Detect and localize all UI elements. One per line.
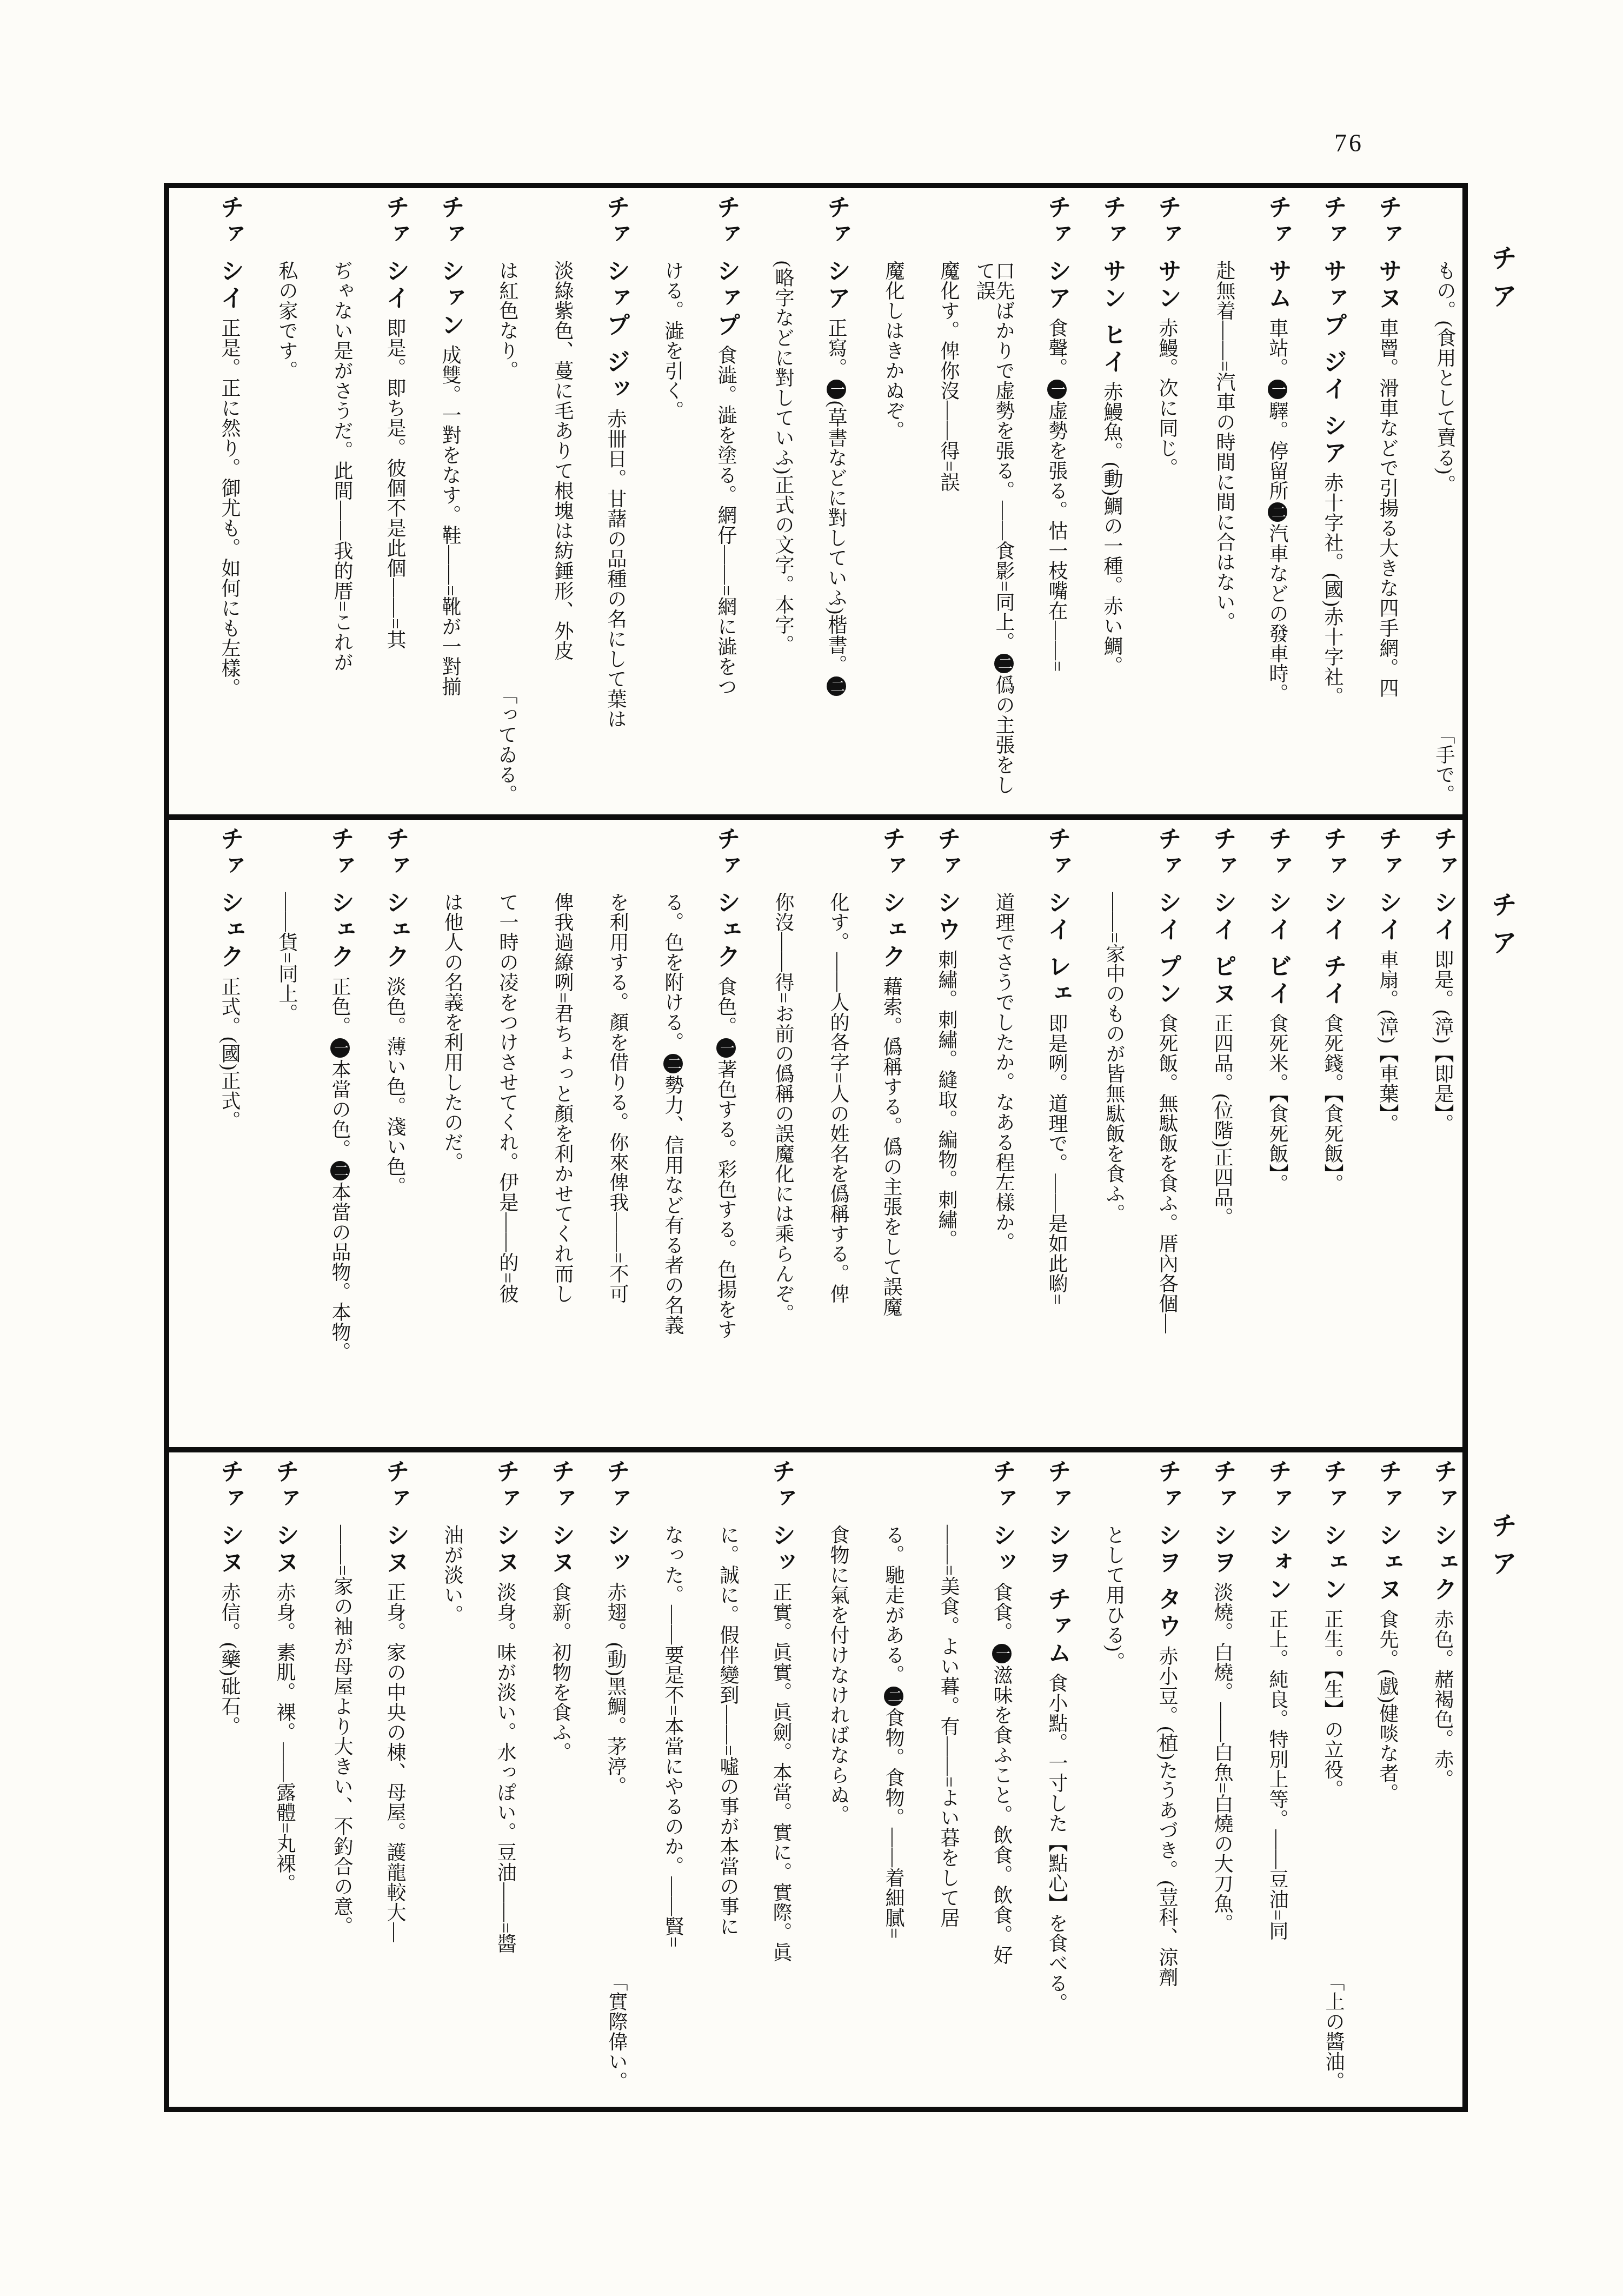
circled-two-marker: 二 (663, 1054, 683, 1073)
entry-definition: 車站。一驛。停留所二汽車などの發車時。 (1267, 318, 1288, 704)
entry-column: チァ サン赤鰻。次に同じ。 (1124, 195, 1179, 808)
entry-column: 油が淡い。 (407, 1459, 462, 2095)
entry-definition: 正式。(國)正式。 (219, 977, 241, 1131)
entry-definition: 化す。――人的各字=人の姓名を僞稱する。俾 (828, 892, 849, 1304)
entry-column: チァ シヲ淡燒。白燒。――白魚=白燒の大刀魚。 (1179, 1459, 1234, 2095)
entry-headword: チァ サァプ ジイ シア (1320, 195, 1346, 468)
entry-column: 口先ばかりで虚勢を張る。――食影=同上。二僞の主張をして誤 (959, 195, 1014, 808)
entry-definition: 正是。正に然り。御尤も。如何にも左樣。 (219, 318, 241, 698)
entry-column: は紅色なり。「ってゐる。 (462, 195, 517, 808)
entry-definition: る。馳走がある。二食物。食物。――着細膩= (883, 1525, 904, 1939)
circled-two-marker: 二 (994, 654, 1014, 673)
entry-definition: として用ひる)。 (1103, 1525, 1125, 1672)
entry-definition: 食死錢。【食死飯】。 (1322, 1013, 1343, 1194)
entry-headword: チァ シォン (1265, 1459, 1291, 1604)
circled-one-marker: 一 (1268, 380, 1287, 399)
circled-two-marker: 二 (1268, 502, 1287, 522)
entry-definition: 正實。眞實。眞劍。本當。實に。實際。眞 (770, 1582, 792, 1962)
entry-column: る。色を附ける。二勢力、信用など有る者の名義 (628, 826, 683, 1441)
entry-definition: 赴無着――=汽車の時間に間に合はない。 (1214, 261, 1235, 632)
entry-column: チァ シァン成雙。一對をなす。鞋――=靴が一對揃 (407, 195, 462, 808)
entry-column: て一時の凌をつけさせてくれ。伊是――的=彼 (462, 826, 517, 1441)
entry-column: チァ シヌ淡身。味が淡い。水っぽい。豆油――=醬 (462, 1459, 517, 2095)
entry-definition: 車罾。滑車などで引揚る大きな四手網。四 (1377, 318, 1399, 698)
entry-definition: 赤小豆。(植)たうあづき。(荳科、涼劑 (1156, 1646, 1178, 1987)
entry-column: なった。――要是不=本當にやるのか。――賢= (628, 1459, 683, 2095)
entry-definition: は紅色なり。 (497, 261, 518, 381)
page-number: 76 (1334, 129, 1363, 157)
entry-column: チァ シェク淡色。薄い色。淺い色。 (352, 826, 407, 1441)
entry-headword: チァ シイ (1375, 826, 1401, 944)
entry-column: は他人の名義を利用したのだ。 (407, 826, 462, 1441)
entry-tail-fragment: 「上の醬油。 (1324, 1972, 1343, 2092)
entry-headword: チァ シイ レェ (1044, 826, 1070, 1008)
entry-headword: チァ シヲ タウ (1154, 1459, 1181, 1641)
entry-column: チァ シヲ タウ赤小豆。(植)たうあづき。(荳科、涼劑 (1124, 1459, 1179, 2095)
entry-headword: チァ シイ ビイ (1265, 826, 1291, 1008)
entry-column: チァ シォン正上。純良。特別上等。――豆油=同 (1234, 1459, 1289, 2095)
entry-headword: チァ シイ (217, 195, 243, 313)
entry-definition: 口先ばかりで虚勢を張る。――食影=同上。二僞の主張をして誤 (974, 261, 1015, 795)
entry-column: チァ シイ レェ即是咧。道理で。――是如此喲= (1014, 826, 1069, 1441)
entry-definition: 成雙。一對をなす。鞋――=靴が一對揃 (440, 345, 461, 696)
margin-header-kana: チア (1482, 244, 1520, 320)
entry-definition: 赤身。素肌。裸。――露體=丸裸。 (274, 1582, 296, 1894)
entry-column: 化す。――人的各字=人の姓名を僞稱する。俾 (793, 826, 848, 1441)
entry-column: チァ シェク正色。一本當の色。二本當の品物。本物。 (297, 826, 352, 1441)
entry-column: チァ サム車站。一驛。停留所二汽車などの發車時。 (1234, 195, 1289, 808)
entry-definition: 藉索。僞稱する。僞の主張をして誤魔 (881, 977, 902, 1317)
entry-headword: チァ サヌ (1375, 195, 1401, 313)
entry-column: チァ シイ正是。正に然り。御尤も。如何にも左樣。 (187, 195, 242, 808)
entry-definition: 車扇。(漳)【車葉】。 (1377, 950, 1399, 1134)
circled-two-marker: 二 (827, 676, 846, 696)
circled-one-marker: 一 (827, 380, 846, 399)
entry-definition: ――=美食。よい暮。有――=よい暮をして居 (938, 1525, 960, 1928)
entry-definition: ――貨=同上。 (276, 892, 298, 1024)
content-frame: もの。(食用として賣る)。「手で。チァ サヌ車罾。滑車などで引揚る大きな四手網。… (164, 183, 1468, 2112)
entry-definition: 魔化す。俾你沒――得=誤 (938, 261, 960, 492)
entry-column: ――=家の袖が母屋より大きい、不釣合の意。 (297, 1459, 352, 2095)
entry-definition: 道理でさうでしたか。なある程左樣か。 (993, 892, 1015, 1252)
entry-definition: 即是。即ち是。彼個不是此個――=其 (384, 318, 406, 649)
entry-definition: 淡燒。白燒。――白魚=白燒の大刀魚。 (1212, 1582, 1233, 1934)
entry-column: チァ シイ プン食死飯。無駄飯を食ふ。厝內各個― (1124, 826, 1179, 1441)
entry-definition: 淡綠紫色、蔓に毛ありて根塊は紡錘形、外皮 (552, 261, 574, 661)
entry-column: チァ シェク藉索。僞稱する。僞の主張をして誤魔 (848, 826, 903, 1441)
entry-headword: チァ シイ チイ (1320, 826, 1346, 1008)
entry-column: ぢゃない是がさうだ。此間――我的厝=これが (297, 195, 352, 808)
entry-headword: チァ シェク (879, 826, 905, 971)
entry-column: チァ シヌ赤信。(藥)砒石。 (187, 1459, 242, 2095)
circled-two-marker: 二 (884, 1687, 903, 1706)
entry-definition: 即是。(漳)【即是】。 (1432, 950, 1454, 1134)
entry-definition: 淡身。味が淡い。水っぽい。豆油――=醬 (495, 1582, 516, 1954)
entry-tail-fragment: 「手で。 (1434, 725, 1454, 805)
entry-column: に。誠に。假伴變到――=噓の事が本當の事に (683, 1459, 738, 2095)
entry-column: 魔化す。俾你沒――得=誤 (903, 195, 959, 808)
entry-column: チァ シウ刺繡。刺繡。縫取。編物。刺繡。 (903, 826, 959, 1441)
entry-definition: 食食。一滋味を食ふこと。飲食。飲食。好 (991, 1582, 1013, 1965)
entry-column: チァ シイ ピヌ正四品。(位階)正四品。 (1179, 826, 1234, 1441)
entry-column: 俾我過繚咧=君ちょっと顏を利かせてくれ而し (517, 826, 573, 1441)
circled-one-marker: 一 (330, 1038, 350, 1058)
entry-column: (略字などに對していふ)正式の文字。本字。 (738, 195, 793, 808)
entry-definition: もの。(食用として賣る)。 (1434, 261, 1456, 495)
entry-column: チァ シェン正生。【生】の立役。「上の醬油。 (1289, 1459, 1345, 2095)
entry-definition: て一時の凌をつけさせてくれ。伊是――的=彼 (497, 892, 518, 1304)
entry-definition: 食死飯。無駄飯を食ふ。厝內各個― (1156, 1013, 1178, 1333)
entry-headword: チァ サム (1265, 195, 1291, 313)
entry-column: 食物に氣を付けなければならぬ。 (793, 1459, 848, 2095)
entry-headword: チァ シヌ (493, 1459, 519, 1577)
entry-column: チァ シヌ食新。初物を食ふ。 (517, 1459, 573, 2095)
entry-headword: チァ シイ (1430, 826, 1456, 944)
entry-definition: 食小點。一寸した【點心】を食べる。 (1046, 1673, 1068, 2013)
entry-definition: 赤卌日。甘藷の品種の名にして葉は (605, 409, 627, 729)
circled-one-marker: 一 (716, 1038, 736, 1058)
entry-column: を利用する。顏を借りる。你來俾我――=不可 (573, 826, 628, 1441)
entry-headword: チァ シイ (382, 195, 409, 313)
entry-column: チァ シイ チイ食死錢。【食死飯】。 (1289, 826, 1345, 1441)
entry-tail-fragment: 「ってゐる。 (497, 685, 516, 805)
entry-headword: チァ シア (823, 195, 850, 313)
entry-headword: チァ シァプ (713, 195, 740, 340)
entry-definition: る。色を附ける。二勢力、信用など有る者の名義 (662, 892, 684, 1335)
entry-column: チァ サン ヒイ赤鰻魚。(動)鯛の一種。赤い鯛。 (1069, 195, 1124, 808)
entry-headword: チァ シァプ ジッ (603, 195, 629, 403)
entry-column: 赴無着――=汽車の時間に間に合はない。 (1179, 195, 1234, 808)
entry-column: 私の家です。 (242, 195, 297, 808)
entry-band-top: もの。(食用として賣る)。「手で。チァ サヌ車罾。滑車などで引揚る大きな四手網。… (169, 188, 1462, 814)
entry-column: ――貨=同上。 (242, 826, 297, 1441)
entry-headword: チァ シェヌ (1375, 1459, 1401, 1604)
entry-definition: (略字などに對していふ)正式の文字。本字。 (773, 261, 794, 655)
entry-definition: 食色。一著色する。彩色する。色揚をす (715, 977, 737, 1339)
entry-headword: チァ サン (1154, 195, 1181, 313)
entry-column: ける。澁を引く。 (628, 195, 683, 808)
entry-column: 道理でさうでしたか。なある程左樣か。 (959, 826, 1014, 1441)
entry-band-bottom: チァ シェク赤色。赭褐色。赤。チァ シェヌ食先。(戲)健啖な者。チァ シェン正生… (169, 1447, 1462, 2101)
entry-definition: 食死米。【食死飯】。 (1267, 1013, 1288, 1194)
entry-headword: チァ シェク (217, 826, 243, 971)
entry-column: チァ シヲ チァム食小點。一寸した【點心】を食べる。 (1014, 1459, 1069, 2095)
entry-column: チァ シェヌ食先。(戲)健啖な者。 (1345, 1459, 1400, 2095)
entry-definition: 正身。家の中央の棟、母屋。護龍較大― (384, 1582, 406, 1942)
entry-definition: 即是咧。道理で。――是如此喲= (1046, 1013, 1068, 1305)
entry-definition: 正四品。(位階)正四品。 (1212, 1013, 1233, 1227)
entry-tail-fragment: 「實際偉い。 (607, 1972, 627, 2092)
entry-definition: 正生。【生】の立役。 (1322, 1609, 1343, 1800)
dictionary-page: 76 チア チア チア もの。(食用として賣る)。「手で。チァ サヌ車罾。滑車な… (0, 0, 1623, 2296)
entry-definition: ける。澁を引く。 (662, 261, 684, 421)
entry-headword: チァ シア (1044, 195, 1070, 313)
entry-definition: 赤鰻魚。(動)鯛の一種。赤い鯛。 (1101, 382, 1123, 676)
margin-header-kana: チア (1482, 1512, 1520, 1588)
entry-headword: チァ シァン (437, 195, 464, 340)
entry-headword: チァ シヲ チァム (1044, 1459, 1070, 1668)
circled-one-marker: 一 (992, 1644, 1012, 1663)
entry-definition: 你沒――得=お前の僞稱の誤魔化には乘らんぞ。 (773, 892, 794, 1324)
entry-column: チァ シイ即是。(漳)【即是】。 (1400, 826, 1455, 1441)
entry-column: チァ シェク赤色。赭褐色。赤。 (1400, 1459, 1455, 2095)
entry-headword: チァ シェク (1430, 1459, 1456, 1604)
entry-definition: 食物に氣を付けなければならぬ。 (828, 1525, 849, 1825)
entry-definition: 赤色。赭褐色。赤。 (1432, 1609, 1454, 1789)
entry-column: チァ シァプ ジッ赤卌日。甘藷の品種の名にして葉は (573, 195, 628, 808)
circled-one-marker: 一 (1047, 380, 1067, 399)
entry-definition: 俾我過繚咧=君ちょっと顏を利かせてくれ而し (552, 892, 574, 1304)
entry-definition: 赤翅。(動)黑鯛。茅渟。 (605, 1582, 627, 1796)
entry-column: チァ シイ即是。即ち是。彼個不是此個――=其 (352, 195, 407, 808)
entry-headword: チァ シッ (989, 1459, 1015, 1577)
entry-headword: チァ サン ヒイ (1099, 195, 1126, 376)
entry-column: もの。(食用として賣る)。「手で。 (1400, 195, 1455, 808)
entry-column: チァ シッ正實。眞實。眞劍。本當。實に。實際。眞 (738, 1459, 793, 2095)
entry-definition: 正上。純良。特別上等。――豆油=同 (1267, 1609, 1288, 1941)
entry-definition: 赤信。(藥)砒石。 (219, 1582, 241, 1736)
entry-headword: チァ シウ (934, 826, 960, 944)
entry-definition: ――=家中のものが皆無駄飯を食ふ。 (1103, 892, 1125, 1224)
entry-definition: は他人の名義を利用したのだ。 (442, 892, 463, 1172)
entry-definition: 食澁。澁を塗る。網仔――=網に澁をつ (715, 345, 737, 696)
entry-column: チァ シア正寫。一(草書などに對していふ)楷書。二 (793, 195, 848, 808)
entry-headword: チァ シイ プン (1154, 826, 1181, 1008)
entry-definition: 刺繡。刺繡。縫取。編物。刺繡。 (936, 950, 957, 1250)
entry-column: チァ シイ ビイ食死米。【食死飯】。 (1234, 826, 1289, 1441)
entry-column: チァ シァプ食澁。澁を塗る。網仔――=網に澁をつ (683, 195, 738, 808)
entry-column: 你沒――得=お前の僞稱の誤魔化には乘らんぞ。 (738, 826, 793, 1441)
entry-definition: 赤鰻。次に同じ。 (1156, 318, 1178, 478)
entry-headword: チァ シェク (382, 826, 409, 971)
entry-headword: チァ シッ (768, 1459, 795, 1577)
entry-definition: 魔化しはきかぬぞ。 (883, 261, 904, 441)
entry-column: チァ シェク正式。(國)正式。 (187, 826, 242, 1441)
entry-column: チァ シヌ正身。家の中央の棟、母屋。護龍較大― (352, 1459, 407, 2095)
circled-two-marker: 二 (330, 1161, 350, 1180)
entry-column: として用ひる)。 (1069, 1459, 1124, 2095)
entry-column: ――=美食。よい暮。有――=よい暮をして居 (903, 1459, 959, 2095)
entry-definition: 正寫。一(草書などに對していふ)楷書。二 (826, 318, 847, 698)
entry-column: チァ サヌ車罾。滑車などで引揚る大きな四手網。四 (1345, 195, 1400, 808)
entry-headword: チァ シヌ (382, 1459, 409, 1577)
entry-headword: チァ シヌ (548, 1459, 574, 1577)
entry-definition: ――=家の袖が母屋より大きい、不釣合の意。 (331, 1525, 353, 1936)
entry-column: る。馳走がある。二食物。食物。――着細膩= (848, 1459, 903, 2095)
entry-definition: 私の家です。 (276, 261, 298, 381)
entry-definition: 油が淡い。 (442, 1525, 463, 1625)
entry-definition: ぢゃない是がさうだ。此間――我的厝=これが (331, 261, 353, 672)
entry-definition: 淡色。薄い色。淺い色。 (384, 977, 406, 1197)
entry-headword: チァ シェン (1320, 1459, 1346, 1604)
entry-headword: チァ シヌ (272, 1459, 298, 1577)
entry-column: チァ シッ食食。一滋味を食ふこと。飲食。飲食。好 (959, 1459, 1014, 2095)
entry-headword: チァ シェク (327, 826, 354, 971)
entry-headword: チァ シヌ (217, 1459, 243, 1577)
entry-definition: に。誠に。假伴變到――=噓の事が本當の事に (717, 1525, 739, 1936)
entry-headword: チァ シッ (603, 1459, 629, 1577)
entry-column: チァ シッ赤翅。(動)黑鯛。茅渟。「實際偉い。 (573, 1459, 628, 2095)
entry-definition: 正色。一本當の色。二本當の品物。本物。 (329, 977, 351, 1362)
entry-definition: 食聲。一虚勢を張る。怙一枝嘴在――= (1046, 318, 1068, 672)
entry-definition: 赤十字社。(國)赤十字社。 (1322, 473, 1343, 707)
entry-column: チァ シェク食色。一著色する。彩色する。色揚をす (683, 826, 738, 1441)
entry-column: チァ サァプ ジイ シア赤十字社。(國)赤十字社。 (1289, 195, 1345, 808)
entry-column: 淡綠紫色、蔓に毛ありて根塊は紡錘形、外皮 (517, 195, 573, 808)
entry-band-middle: チァ シイ即是。(漳)【即是】。チァ シイ車扇。(漳)【車葉】。チァ シイ チイ… (169, 814, 1462, 1447)
entry-definition: を利用する。顏を借りる。你來俾我――=不可 (607, 892, 629, 1304)
entry-column: 魔化しはきかぬぞ。 (848, 195, 903, 808)
entry-headword: チァ シイ ピヌ (1209, 826, 1236, 1008)
entry-definition: 食先。(戲)健啖な者。 (1377, 1609, 1399, 1803)
entry-column: チァ シヌ赤身。素肌。裸。――露體=丸裸。 (242, 1459, 297, 2095)
entry-definition: なった。――要是不=本當にやるのか。――賢= (662, 1525, 684, 1948)
entry-headword: チァ シヲ (1209, 1459, 1236, 1577)
entry-column: チァ シア食聲。一虚勢を張る。怙一枝嘴在――= (1014, 195, 1069, 808)
entry-column: チァ シイ車扇。(漳)【車葉】。 (1345, 826, 1400, 1441)
entry-headword: チァ シェク (713, 826, 740, 971)
entry-column: ――=家中のものが皆無駄飯を食ふ。 (1069, 826, 1124, 1441)
entry-definition: 食新。初物を食ふ。 (550, 1582, 571, 1762)
margin-header-kana: チア (1482, 891, 1520, 967)
